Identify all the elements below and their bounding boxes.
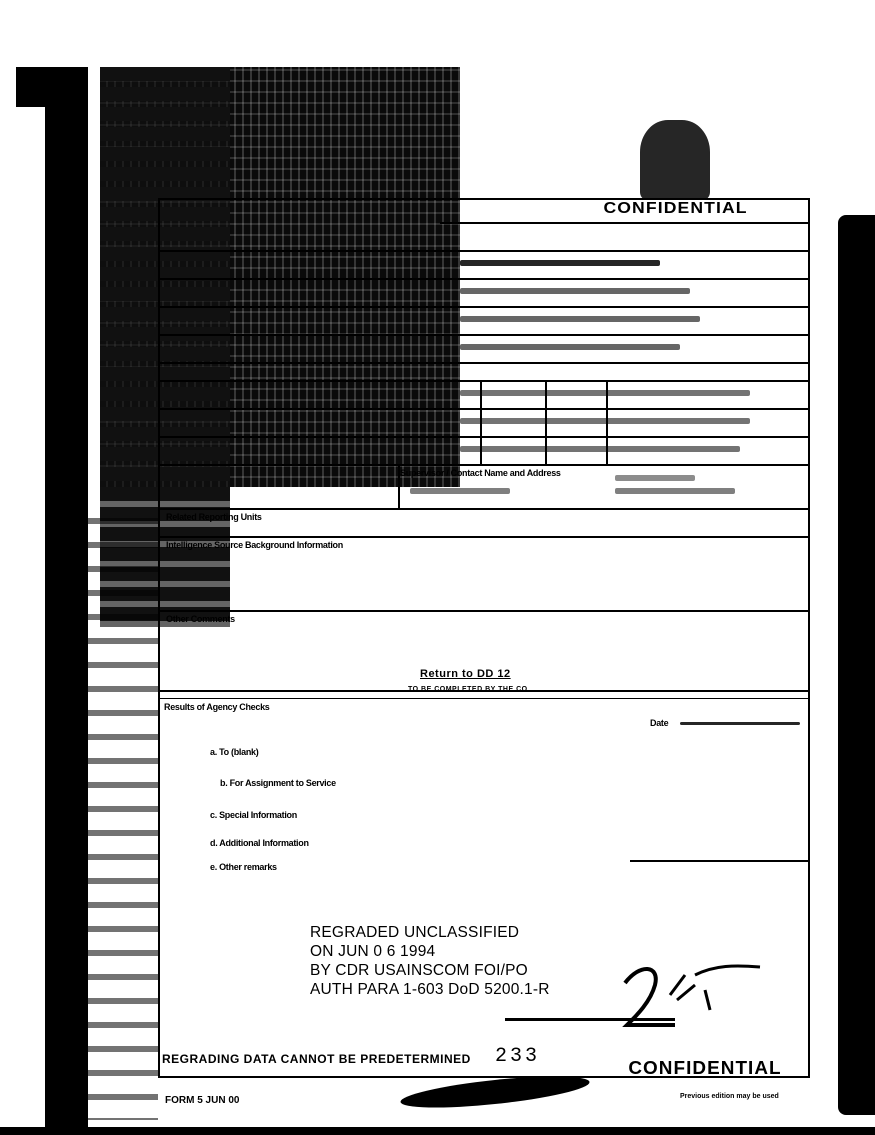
- lower-item: e. Other remarks: [210, 862, 277, 872]
- lower-item: b. For Assignment to Service: [220, 778, 336, 788]
- stamp-line-4: AUTH PARA 1-603 DoD 5200.1-R: [310, 980, 550, 999]
- section-label: Supervisor / Contact Name and Address: [400, 468, 561, 478]
- section-label: Related Reporting Units: [166, 512, 262, 522]
- regrading-stamp: REGRADED UNCLASSIFIED ON JUN 0 6 1994 BY…: [310, 923, 550, 999]
- stamp-line-3: BY CDR USAINSCOM FOI/PO: [310, 961, 550, 980]
- return-subheading: TO BE COMPLETED BY THE CO: [408, 686, 528, 693]
- scan-edge-artifact: [45, 67, 88, 1135]
- date-label: Date: [650, 718, 668, 728]
- footer-classification: CONFIDENTIAL: [628, 1058, 781, 1079]
- lower-section-title: Results of Agency Checks: [164, 702, 270, 712]
- section-label: Intelligence Source Background Informati…: [166, 540, 343, 550]
- page-number: 233: [495, 1045, 540, 1068]
- header-classification: CONFIDENTIAL: [603, 200, 747, 218]
- lower-item: a. To (blank): [210, 747, 258, 757]
- signature-line: [505, 1018, 675, 1021]
- stamp-line-2: ON JUN 0 6 1994: [310, 942, 550, 961]
- lower-item: d. Additional Information: [210, 838, 309, 848]
- lower-item: c. Special Information: [210, 810, 297, 820]
- stamp-line-1: REGRADED UNCLASSIFIED: [310, 923, 550, 942]
- return-heading: Return to DD 12: [420, 668, 511, 680]
- scan-blot: [640, 120, 710, 200]
- section-label: Other Comments: [166, 614, 235, 624]
- footer-regrading-note: REGRADING DATA CANNOT BE PREDETERMINED: [162, 1052, 471, 1066]
- edition-note: Previous edition may be used: [680, 1093, 779, 1100]
- form-number: FORM 5 JUN 00: [165, 1095, 239, 1106]
- scan-edge-artifact: [0, 1127, 875, 1135]
- scan-edge-artifact: [838, 215, 875, 1115]
- scan-noise: [88, 500, 158, 1120]
